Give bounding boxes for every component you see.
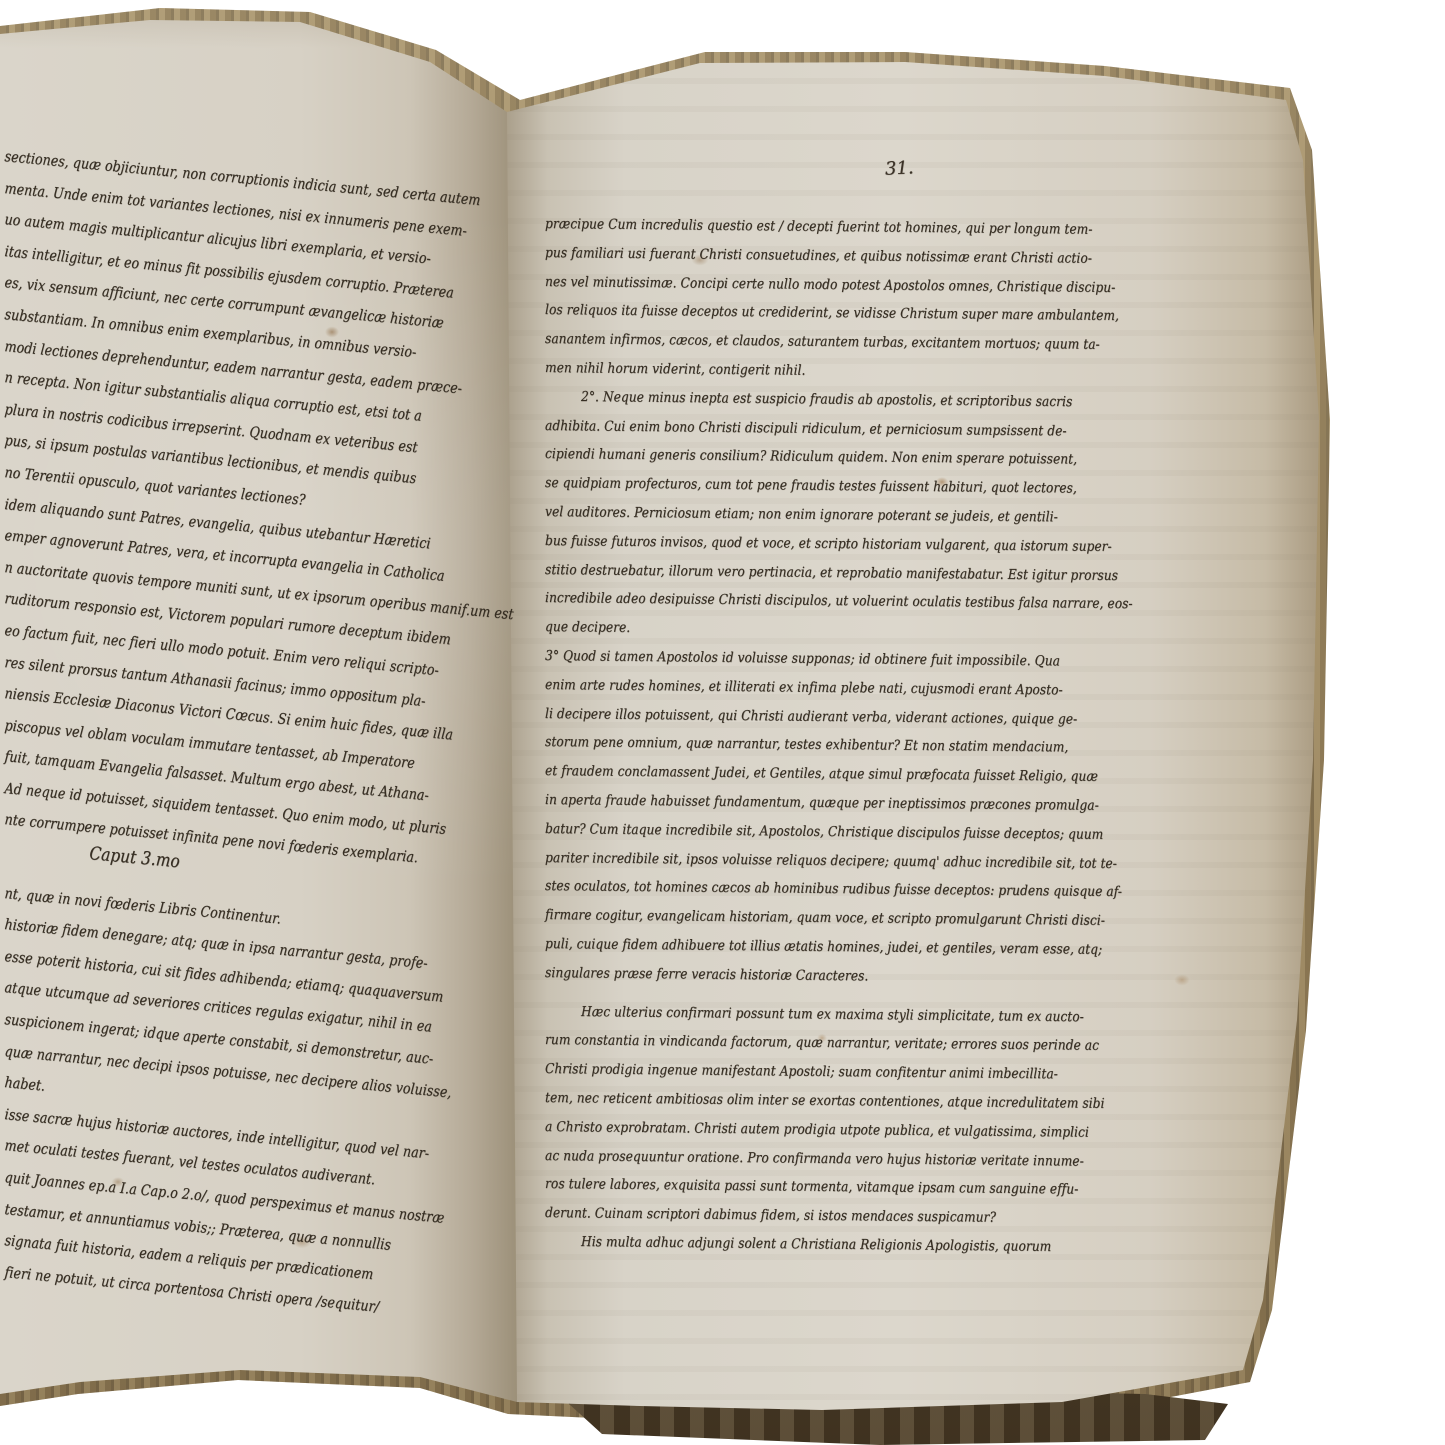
page-number: 31. bbox=[884, 157, 914, 179]
manuscript-line: singulares præse ferre veracis historiæ … bbox=[545, 965, 1073, 999]
manuscript-line: 2°. Neque minus inepta est suspicio frau… bbox=[581, 389, 1078, 423]
manuscript-line: His multa adhuc adjungi solent a Christi… bbox=[581, 1234, 1078, 1268]
right-page-text: præcipue Cum incredulis questio est / de… bbox=[545, 216, 1145, 1263]
manuscript-book-photo: 31. sectiones, quæ objiciuntur, non corr… bbox=[0, 0, 1445, 1445]
left-page-text: sectiones, quæ objiciuntur, non corrupti… bbox=[4, 148, 519, 1295]
